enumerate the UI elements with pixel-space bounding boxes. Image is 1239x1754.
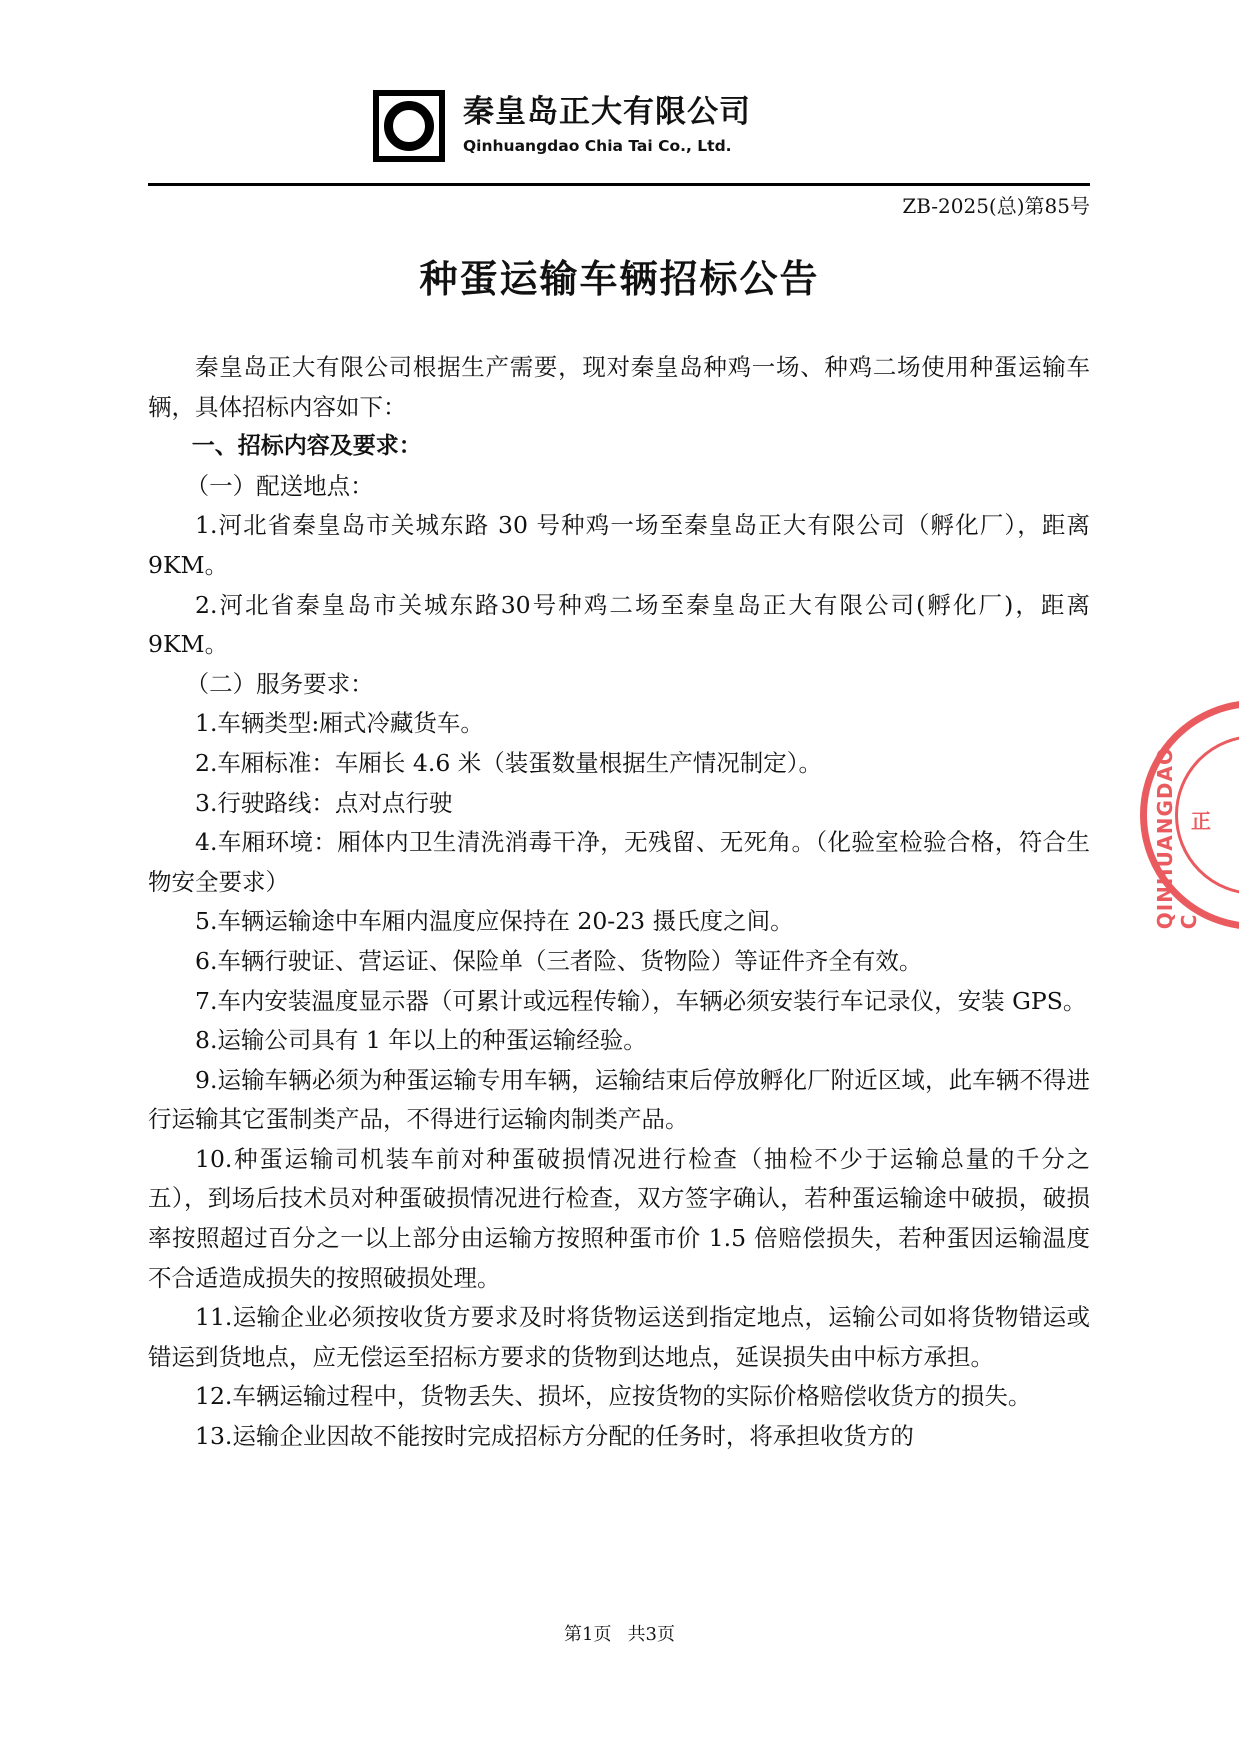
subsection-heading: （二）服务要求： [148, 665, 1090, 705]
requirement-item: 13.运输企业因故不能按时完成招标方分配的任务时，将承担收货方的 [148, 1417, 1090, 1457]
header-divider [148, 183, 1090, 186]
requirement-item: 10.种蛋运输司机装车前对种蛋破损情况进行检查（抽检不少于运输总量的千分之五），… [148, 1140, 1090, 1298]
location-item: 1.河北省秦皇岛市关城东路 30 号种鸡一场至秦皇岛正大有限公司（孵化厂），距离… [148, 506, 1090, 585]
document-number: ZB-2025(总)第85号 [902, 191, 1090, 221]
company-name-en: Qinhuangdao Chia Tai Co., Ltd. [463, 133, 751, 159]
page-footer: 第1页共3页 [0, 1620, 1239, 1646]
requirement-item: 12.车辆运输过程中，货物丢失、损坏，应按货物的实际价格赔偿收货方的损失。 [148, 1377, 1090, 1417]
requirement-item: 5.车辆运输途中车厢内温度应保持在 20-23 摄氏度之间。 [148, 902, 1090, 942]
requirement-item: 7.车内安装温度显示器（可累计或远程传输），车辆必须安装行车记录仪，安装 GPS… [148, 982, 1090, 1022]
page-title: 种蛋运输车辆招标公告 [0, 248, 1239, 303]
company-name-block: 秦皇岛正大有限公司 Qinhuangdao Chia Tai Co., Ltd. [463, 93, 751, 159]
page-total: 共3页 [628, 1624, 675, 1645]
requirement-item: 3.行驶路线：点对点行驶 [148, 784, 1090, 824]
letterhead: 秦皇岛正大有限公司 Qinhuangdao Chia Tai Co., Ltd. [373, 88, 751, 164]
requirement-item: 9.运输车辆必须为种蛋运输专用车辆，运输结束后停放孵化厂附近区域，此车辆不得进行… [148, 1061, 1090, 1140]
page-number: 第1页 [564, 1624, 611, 1645]
requirement-item: 1.车辆类型:厢式冷藏货车。 [148, 704, 1090, 744]
intro-paragraph: 秦皇岛正大有限公司根据生产需要，现对秦皇岛种鸡一场、种鸡二场使用种蛋运输车辆，具… [148, 348, 1090, 427]
company-seal-icon: QINHUANGDAO C 正 [1140, 700, 1239, 930]
seal-center-char: 正 [1191, 805, 1211, 834]
requirement-item: 8.运输公司具有 1 年以上的种蛋运输经验。 [148, 1021, 1090, 1061]
section-heading: 一、招标内容及要求： [148, 427, 1090, 467]
seal-text: QINHUANGDAO C [1153, 747, 1201, 929]
requirement-item: 4.车厢环境：厢体内卫生清洗消毒干净，无残留、无死角。（化验室检验合格，符合生物… [148, 823, 1090, 902]
requirement-item: 2.车厢标准：车厢长 4.6 米（装蛋数量根据生产情况制定）。 [148, 744, 1090, 784]
subsection-heading: （一）配送地点： [148, 467, 1090, 507]
requirement-item: 11.运输企业必须按收货方要求及时将货物运送到指定地点，运输公司如将货物错运或错… [148, 1298, 1090, 1377]
company-logo-icon [373, 90, 445, 162]
document-body: 秦皇岛正大有限公司根据生产需要，现对秦皇岛种鸡一场、种鸡二场使用种蛋运输车辆，具… [148, 348, 1090, 1457]
requirement-item: 6.车辆行驶证、营运证、保险单（三者险、货物险）等证件齐全有效。 [148, 942, 1090, 982]
location-item: 2.河北省秦皇岛市关城东路30号种鸡二场至秦皇岛正大有限公司(孵化厂)，距离 9… [148, 586, 1090, 665]
company-name-cn: 秦皇岛正大有限公司 [463, 93, 751, 131]
